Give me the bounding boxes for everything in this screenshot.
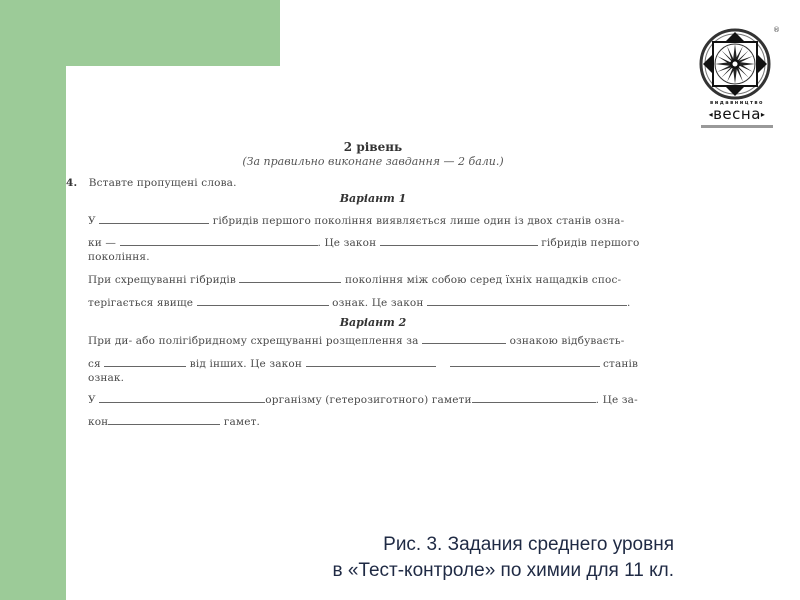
task-instruction: Вставте пропущені слова. <box>89 177 237 189</box>
text: гамет. <box>220 416 260 428</box>
blank-field[interactable] <box>239 273 341 283</box>
blank-field[interactable] <box>450 357 600 367</box>
publisher-name-text: весна <box>713 105 761 123</box>
variant2-title: Варіант 2 <box>66 316 680 329</box>
text: ки — <box>88 237 120 249</box>
text: ся <box>88 358 104 370</box>
text: При ди- або полігібридному схрещуванні р… <box>88 335 422 347</box>
text: станів <box>600 358 639 370</box>
text: покоління між собою серед їхніх нащадків… <box>341 274 621 286</box>
v2-line-1: При ди- або полігібридному схрещуванні р… <box>88 334 624 347</box>
v2-line-2: ся від інших. Це закон станів <box>88 357 638 370</box>
text: гібридів першого покоління виявляється л… <box>209 215 624 227</box>
logo-underline <box>701 125 773 128</box>
text: ознакою відбуваєть- <box>506 335 624 347</box>
blank-field[interactable] <box>108 415 220 425</box>
blank-field[interactable] <box>427 296 627 306</box>
v1-line-5: терігається явище ознак. Це закон . <box>88 296 631 309</box>
text: від інших. Це закон <box>186 358 305 370</box>
blank-field[interactable] <box>99 393 265 403</box>
blank-field[interactable] <box>472 393 596 403</box>
blank-field[interactable] <box>120 236 318 246</box>
blank-field[interactable] <box>99 214 209 224</box>
v1-line-3: покоління. <box>88 251 150 263</box>
v1-line-2: ки — . Це закон гібридів першого <box>88 236 639 249</box>
text: . <box>627 297 631 309</box>
text: кон <box>88 416 108 428</box>
blank-field[interactable] <box>104 357 186 367</box>
rounded-corner <box>66 66 106 106</box>
figure-caption: Рис. 3. Задания среднего уровня в «Тест-… <box>332 532 674 584</box>
level-note: (За правильно виконане завдання — 2 бали… <box>66 155 680 168</box>
task-line: 4. Вставте пропущені слова. <box>66 177 237 189</box>
blank-field[interactable] <box>197 296 329 306</box>
task-number: 4. <box>66 177 77 189</box>
v2-line-4: У організму (гетерозиготного) гамети. Це… <box>88 393 638 406</box>
v2-line-3: ознак. <box>88 372 124 384</box>
registered-mark: ® <box>773 26 780 34</box>
text: При схрещуванні гібридів <box>88 274 239 286</box>
blank-field[interactable] <box>380 236 538 246</box>
blank-field[interactable] <box>422 334 506 344</box>
v2-line-5: кон гамет. <box>88 415 260 428</box>
text: У <box>88 394 99 406</box>
v1-line-4: При схрещуванні гібридів покоління між с… <box>88 273 621 286</box>
green-left-band <box>0 0 66 600</box>
text: . Це за- <box>596 394 638 406</box>
text: У <box>88 215 99 227</box>
slide: ® видавництво ◂весна▸ 2 рівень (За прави… <box>0 0 800 600</box>
publisher-name: ◂весна▸ <box>697 106 777 123</box>
sun-star-icon <box>699 28 771 100</box>
publisher-logo: ® видавництво ◂весна▸ <box>697 26 781 132</box>
text: організму (гетерозиготного) гамети <box>265 394 471 406</box>
arrow-right-icon: ▸ <box>761 110 766 119</box>
text: ознак. <box>88 372 124 384</box>
scanned-page: 2 рівень (За правильно виконане завдання… <box>66 130 680 435</box>
caption-line-1: Рис. 3. Задания среднего уровня <box>332 532 674 558</box>
text: покоління. <box>88 251 150 263</box>
blank-field[interactable] <box>306 357 436 367</box>
v1-line-1: У гібридів першого покоління виявляється… <box>88 214 624 227</box>
text: . Це закон <box>318 237 380 249</box>
level-title: 2 рівень <box>66 140 680 154</box>
variant1-title: Варіант 1 <box>66 192 680 205</box>
text: терігається явище <box>88 297 197 309</box>
text: гібридів першого <box>538 237 640 249</box>
caption-line-2: в «Тест-контроле» по химии для 11 кл. <box>332 558 674 584</box>
text: ознак. Це закон <box>329 297 427 309</box>
